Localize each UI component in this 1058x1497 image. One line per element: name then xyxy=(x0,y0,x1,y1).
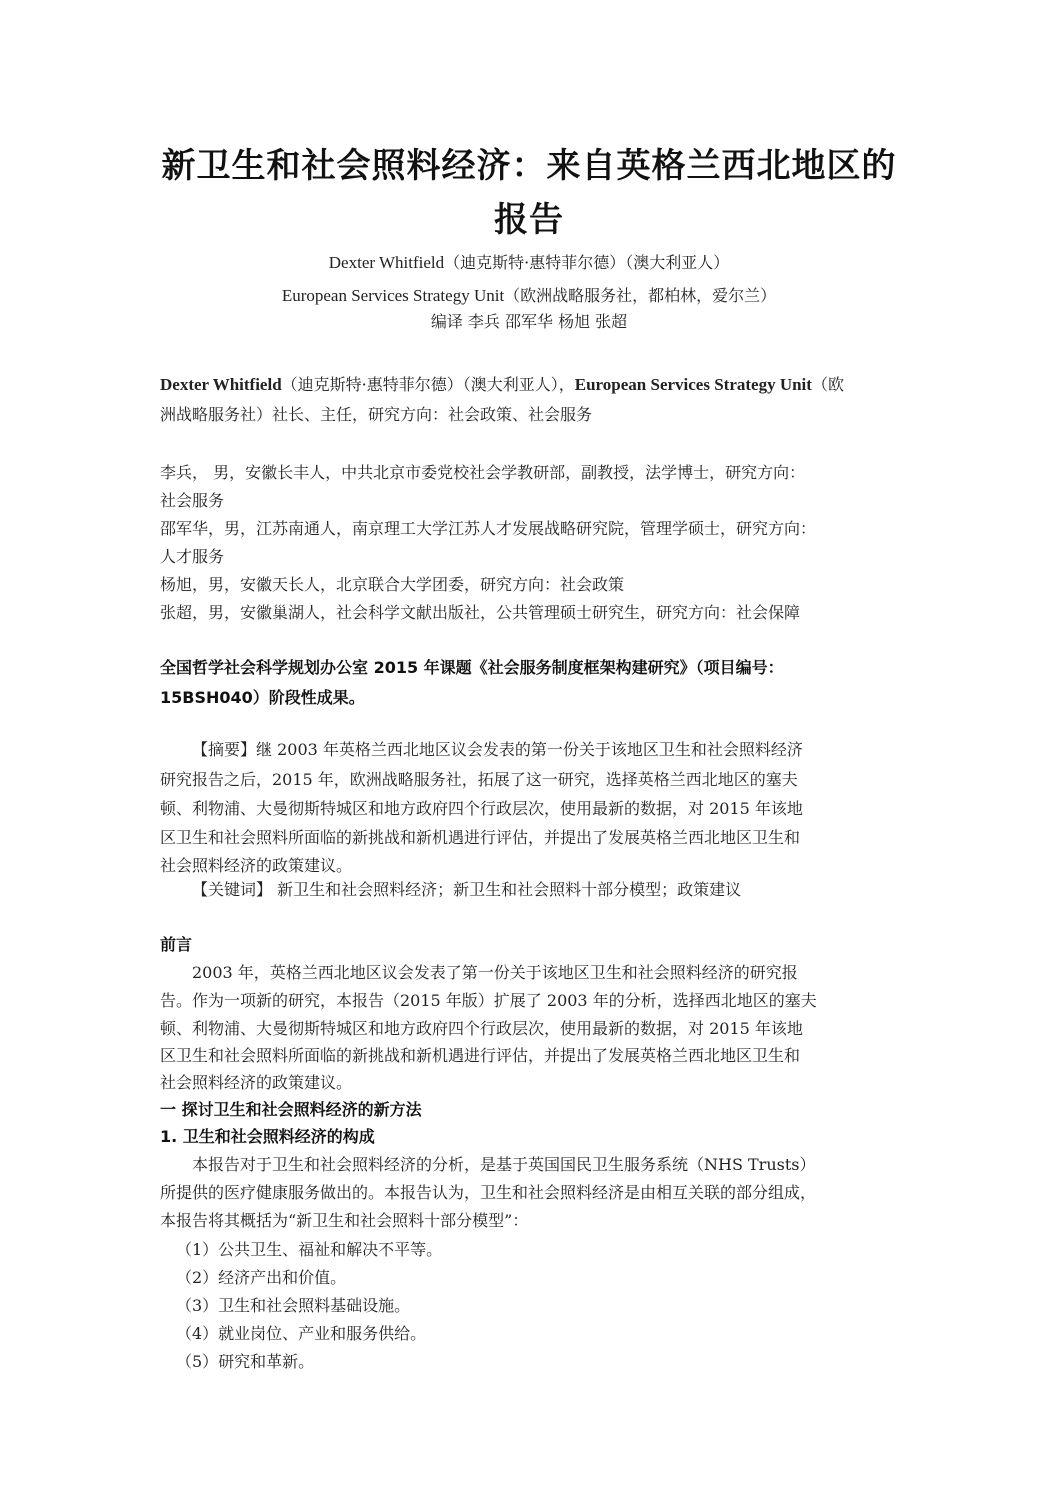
preface-heading: 前言 xyxy=(160,932,900,955)
section-1-line-2: 所提供的医疗健康服务做出的。本报告认为，卫生和社会照料经济是由相互关联的部分组成… xyxy=(160,1180,900,1203)
preface-line-2: 告。作为一项新的研究，本报告（2015 年版）扩展了 2003 年的分析，选择西… xyxy=(160,988,900,1011)
model-list-item-3: （3）卫生和社会照料基础设施。 xyxy=(176,1293,916,1316)
author-bio-line-1: Dexter Whitfield（迪克斯特·惠特菲尔德）（澳大利亚人），Euro… xyxy=(160,372,900,395)
abstract-line-1: 【摘要】继 2003 年英格兰西北地区议会发表的第一份关于该地区卫生和社会照料经… xyxy=(160,737,900,760)
translator-bio-2-line-1: 邵军华，男，江苏南通人，南京理工大学江苏人才发展战略研究院，管理学硕士，研究方向… xyxy=(160,516,900,539)
author-bio-org-en: European Services Strategy Unit xyxy=(575,375,812,394)
section-1-subheading: 1. 卫生和社会照料经济的构成 xyxy=(160,1124,900,1147)
translator-bio-1-line-1: 李兵， 男，安徽长丰人，中共北京市委党校社会学教研部，副教授，法学博士，研究方向… xyxy=(160,460,900,483)
model-list-item-4: （4）就业岗位、产业和服务供给。 xyxy=(176,1321,916,1344)
translator-bio-2-line-2: 人才服务 xyxy=(160,544,900,567)
document-title-line-2: 报告 xyxy=(150,192,908,241)
abstract-line-4: 区卫生和社会照料所面临的新挑战和新机遇进行评估，并提出了发展英格兰西北地区卫生和 xyxy=(160,825,900,848)
model-list-item-2: （2）经济产出和价值。 xyxy=(176,1265,916,1288)
model-list-item-5: （5）研究和革新。 xyxy=(176,1349,916,1372)
author-bio-name-en: Dexter Whitfield xyxy=(160,375,282,394)
keywords-line: 【关键词】 新卫生和社会照料经济；新卫生和社会照料十部分模型；政策建议 xyxy=(160,877,900,900)
preface-line-1: 2003 年，英格兰西北地区议会发表了第一份关于该地区卫生和社会照料经济的研究报 xyxy=(160,960,900,983)
translator-bio-1-line-2: 社会服务 xyxy=(160,488,900,511)
translator-bio-3: 杨旭，男，安徽天长人，北京联合大学团委，研究方向：社会政策 xyxy=(160,572,900,595)
affiliation-org-en: European Services Strategy Unit xyxy=(282,286,504,305)
translator-bio-4: 张超，男，安徽巢湖人，社会科学文献出版社，公共管理硕士研究生，研究方向：社会保障 xyxy=(160,600,900,623)
author-bio-cn-1: （迪克斯特·惠特菲尔德）（澳大利亚人）， xyxy=(282,375,575,394)
document-page: 新卫生和社会照料经济：来自英格兰西北地区的 报告 Dexter Whitfiel… xyxy=(0,0,1058,1497)
funding-line-2: 15BSH040）阶段性成果。 xyxy=(160,685,900,708)
section-1-line-3: 本报告将其概括为“新卫生和社会照料十部分模型”： xyxy=(160,1208,900,1231)
preface-line-3: 顿、利物浦、大曼彻斯特城区和地方政府四个行政层次，使用最新的数据，对 2015 … xyxy=(160,1016,900,1039)
document-title-line-1: 新卫生和社会照料经济：来自英格兰西北地区的 xyxy=(150,138,908,187)
section-1-line-1: 本报告对于卫生和社会照料经济的分析，是基于英国国民卫生服务系统（NHS Trus… xyxy=(160,1152,900,1175)
author-line: Dexter Whitfield（迪克斯特·惠特菲尔德）（澳大利亚人） xyxy=(150,250,908,273)
abstract-line-5: 社会照料经济的政策建议。 xyxy=(160,853,900,876)
author-bio-cn-2: （欧 xyxy=(812,375,844,394)
preface-line-5: 社会照料经济的政策建议。 xyxy=(160,1070,900,1093)
abstract-line-3: 顿、利物浦、大曼彻斯特城区和地方政府四个行政层次，使用最新的数据，对 2015 … xyxy=(160,796,900,819)
abstract-line-2: 研究报告之后，2015 年，欧洲战略服务社，拓展了这一研究，选择英格兰西北地区的… xyxy=(160,767,900,790)
section-1-heading: 一 探讨卫生和社会照料经济的新方法 xyxy=(160,1097,900,1120)
author-name-en: Dexter Whitfield xyxy=(329,253,444,272)
funding-line-1: 全国哲学社会科学规划办公室 2015 年课题《社会服务制度框架构建研究》（项目编… xyxy=(160,655,900,678)
author-name-cn: （迪克斯特·惠特菲尔德）（澳大利亚人） xyxy=(444,253,729,272)
affiliation-line: European Services Strategy Unit（欧洲战略服务社，… xyxy=(150,283,908,306)
affiliation-org-cn: （欧洲战略服务社，都柏林，爱尔兰） xyxy=(504,286,776,305)
model-list-item-1: （1）公共卫生、福祉和解决不平等。 xyxy=(176,1237,916,1260)
preface-line-4: 区卫生和社会照料所面临的新挑战和新机遇进行评估，并提出了发展英格兰西北地区卫生和 xyxy=(160,1043,900,1066)
translators-line: 编译 李兵 邵军华 杨旭 张超 xyxy=(150,309,908,332)
author-bio-line-2: 洲战略服务社）社长、主任，研究方向：社会政策、社会服务 xyxy=(160,402,900,425)
